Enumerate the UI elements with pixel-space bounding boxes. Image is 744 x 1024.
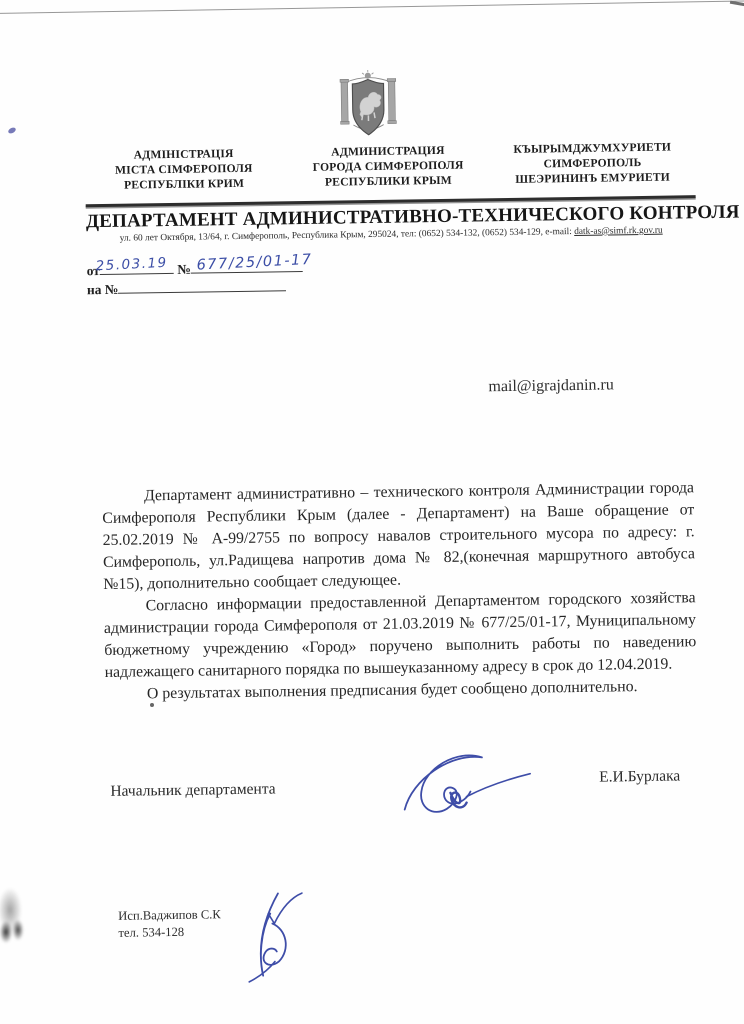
org-name-row: АДМІНІСТРАЦІЯ МІСТА СІМФЕРОПОЛЯ РЕСПУБЛІ…	[83, 139, 694, 193]
signature-icon	[393, 744, 544, 830]
executor-block: Исп.Ваджипов С.К тел. 534-128	[118, 905, 338, 941]
paragraph-1: Департамент административно – техническо…	[102, 477, 696, 596]
document-content: АДМІНІСТРАЦІЯ МІСТА СІМФЕРОПОЛЯ РЕСПУБЛІ…	[0, 0, 744, 1024]
executor-paraph-icon	[238, 887, 307, 984]
crimea-coat-of-arms-icon	[339, 70, 398, 139]
org-name-crimean-tatar: КЪЫРЫМДЖУМХУРИЕТИ СИМФЕРОПОЛЬ ШЕЭРИНИНЪ …	[491, 139, 693, 187]
department-email: datk-as@simf.rk.gov.ru	[574, 226, 663, 237]
scanned-letter-page: АДМІНІСТРАЦІЯ МІСТА СІМФЕРОПОЛЯ РЕСПУБЛІ…	[0, 0, 744, 1024]
date-write-line: 25.03.19	[100, 259, 174, 275]
number-label: №	[177, 262, 191, 277]
number-write-line: 677/25/01-17	[191, 257, 303, 274]
org-name-russian: АДМИНИСТРАЦИЯ ГОРОДА СИМФЕРОПОЛЯ РЕСПУБЛ…	[287, 142, 489, 190]
reply-write-line	[118, 276, 286, 293]
signer-position: Начальник департамента	[110, 779, 365, 801]
handwritten-date: 25.03.19	[95, 255, 168, 275]
signer-name: Е.И.Бурлака	[599, 767, 680, 786]
letter-body: Департамент административно – техническо…	[102, 477, 697, 706]
recipient-email: mail@igrajdanin.ru	[488, 374, 744, 396]
org-name-ukrainian: АДМІНІСТРАЦІЯ МІСТА СІМФЕРОПОЛЯ РЕСПУБЛІ…	[83, 145, 285, 193]
paragraph-2: Согласно информации предоставленной Депа…	[103, 587, 696, 684]
signature-row: Начальник департамента Е.И.Бурлака	[110, 741, 681, 833]
handwritten-number: 677/25/01-17	[196, 252, 313, 274]
reply-label: на №	[87, 282, 119, 297]
reference-block: от25.03.19 №677/25/01-17 на №	[87, 250, 743, 298]
